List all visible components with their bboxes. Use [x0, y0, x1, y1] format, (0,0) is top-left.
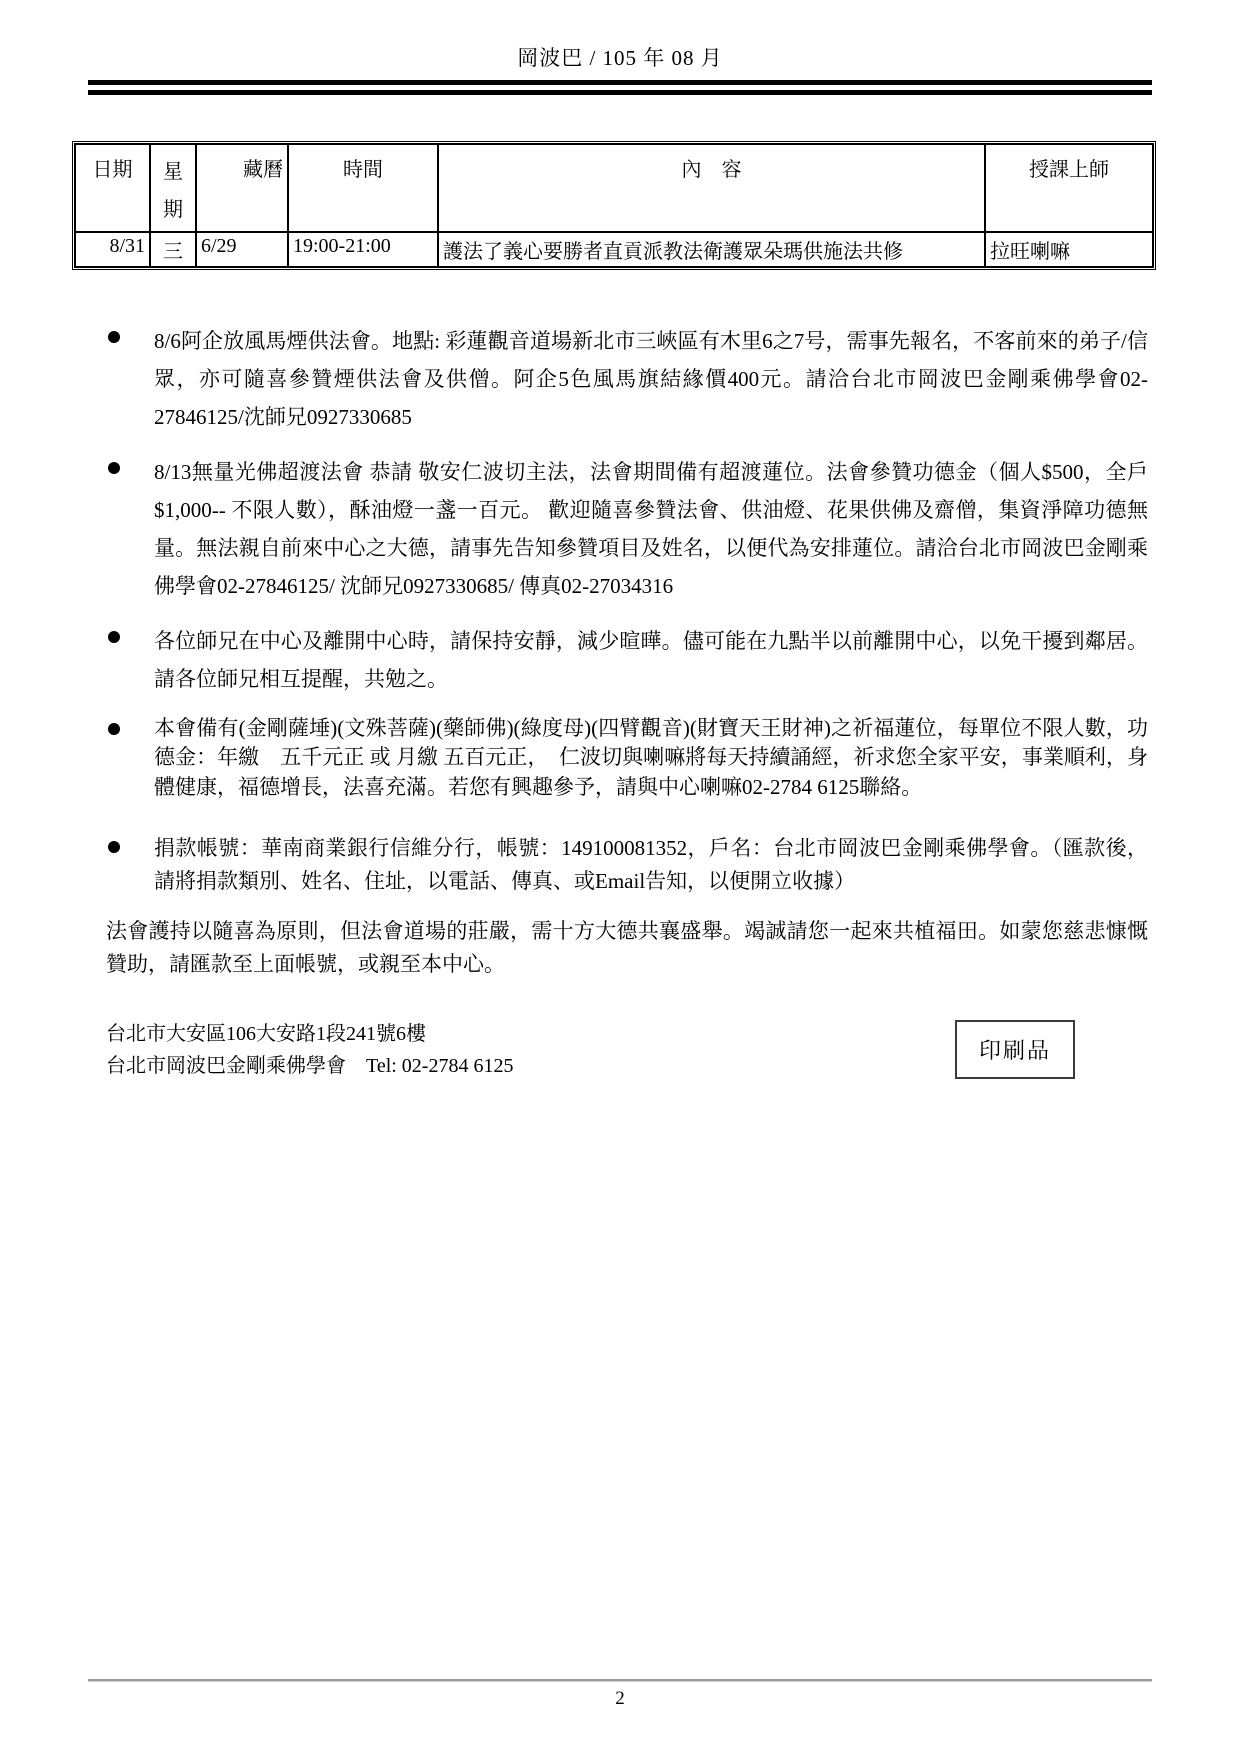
page-number: 2	[88, 1688, 1152, 1710]
cell-time: 19:00-21:00	[288, 232, 438, 267]
announcement-text: 8/13無量光佛超渡法會 恭請 敬安仁波切主法，法會期間備有超渡蓮位。法會參贊功…	[154, 453, 1148, 606]
list-item: 8/6阿企放風馬煙供法會。地點: 彩蓮觀音道場新北市三峽區有木里6之7号，需事先…	[108, 322, 1148, 437]
header-tibetan-calendar: 藏曆	[196, 144, 288, 232]
list-item: 捐款帳號：華南商業銀行信維分行，帳號：149100081352，戶名：台北市岡波…	[108, 832, 1148, 897]
announcement-list: 8/6阿企放風馬煙供法會。地點: 彩蓮觀音道場新北市三峽區有木里6之7号，需事先…	[108, 322, 1148, 897]
header-time: 時間	[288, 144, 438, 232]
header-weekday: 星期	[150, 144, 196, 232]
announcement-text: 捐款帳號：華南商業銀行信維分行，帳號：149100081352，戶名：台北市岡波…	[154, 832, 1148, 897]
cell-tibetan-date: 6/29	[196, 232, 288, 267]
list-item: 8/13無量光佛超渡法會 恭請 敬安仁波切主法，法會期間備有超渡蓮位。法會參贊功…	[108, 453, 1148, 606]
table-row: 8/31 三 6/29 19:00-21:00 護法了義心要勝者直貢派教法衛護眾…	[75, 232, 1153, 267]
address-line-1: 台北市大安區106大安路1段241號6樓	[106, 1018, 513, 1050]
bullet-icon	[108, 714, 154, 802]
bullet-icon	[108, 622, 154, 698]
header-date: 日期	[75, 144, 150, 232]
header-divider-line-bottom	[88, 90, 1152, 95]
list-item: 各位師兄在中心及離開中心時，請保持安靜，減少暄曄。儘可能在九點半以前離開中心，以…	[108, 622, 1148, 698]
schedule-table: 日期 星期 藏曆 時間 內 容 授課上師 8/31 三 6/29 19:00-2…	[74, 143, 1154, 268]
announcement-text: 本會備有(金剛薩埵)(文殊菩薩)(藥師佛)(綠度母)(四臂觀音)(財寶天王財神)…	[154, 714, 1148, 802]
cell-weekday: 三	[150, 232, 196, 267]
header-divider	[88, 80, 1152, 95]
footer-divider	[88, 1679, 1152, 1682]
schedule-table-border: 日期 星期 藏曆 時間 內 容 授課上師 8/31 三 6/29 19:00-2…	[72, 141, 1156, 270]
announcement-text: 各位師兄在中心及離開中心時，請保持安靜，減少暄曄。儘可能在九點半以前離開中心，以…	[154, 622, 1148, 698]
header-teacher: 授課上師	[985, 144, 1153, 232]
header-content: 內 容	[438, 144, 985, 232]
announcement-text: 8/6阿企放風馬煙供法會。地點: 彩蓮觀音道場新北市三峽區有木里6之7号，需事先…	[154, 322, 1148, 437]
list-item: 本會備有(金剛薩埵)(文殊菩薩)(藥師佛)(綠度母)(四臂觀音)(財寶天王財神)…	[108, 714, 1148, 802]
schedule-header-row: 日期 星期 藏曆 時間 內 容 授課上師	[75, 144, 1153, 232]
printed-matter-stamp: 印刷品	[955, 1020, 1075, 1079]
cell-date: 8/31	[75, 232, 150, 267]
bullet-icon	[108, 453, 154, 606]
closing-paragraph: 法會護持以隨喜為原則，但法會道場的莊嚴，需十方大德共襄盛舉。竭誠請您一起來共植福…	[106, 915, 1148, 980]
address-lines: 台北市大安區106大安路1段241號6樓 台北市岡波巴金剛乘佛學會 Tel: 0…	[106, 1018, 513, 1082]
cell-content: 護法了義心要勝者直貢派教法衛護眾朵瑪供施法共修	[438, 232, 985, 267]
page-footer: 2	[88, 1679, 1152, 1710]
address-block: 台北市大安區106大安路1段241號6樓 台北市岡波巴金剛乘佛學會 Tel: 0…	[106, 1018, 1075, 1082]
document-page: 岡波巴 / 105 年 08 月 日期 星期 藏曆 時間 內 容 授課上師	[0, 0, 1240, 1754]
page-title: 岡波巴 / 105 年 08 月	[0, 0, 1240, 72]
cell-teacher: 拉旺喇嘛	[985, 232, 1153, 267]
address-line-2: 台北市岡波巴金剛乘佛學會 Tel: 02-2784 6125	[106, 1050, 513, 1082]
bullet-icon	[108, 832, 154, 897]
header-divider-line-top	[88, 80, 1152, 85]
bullet-icon	[108, 322, 154, 437]
